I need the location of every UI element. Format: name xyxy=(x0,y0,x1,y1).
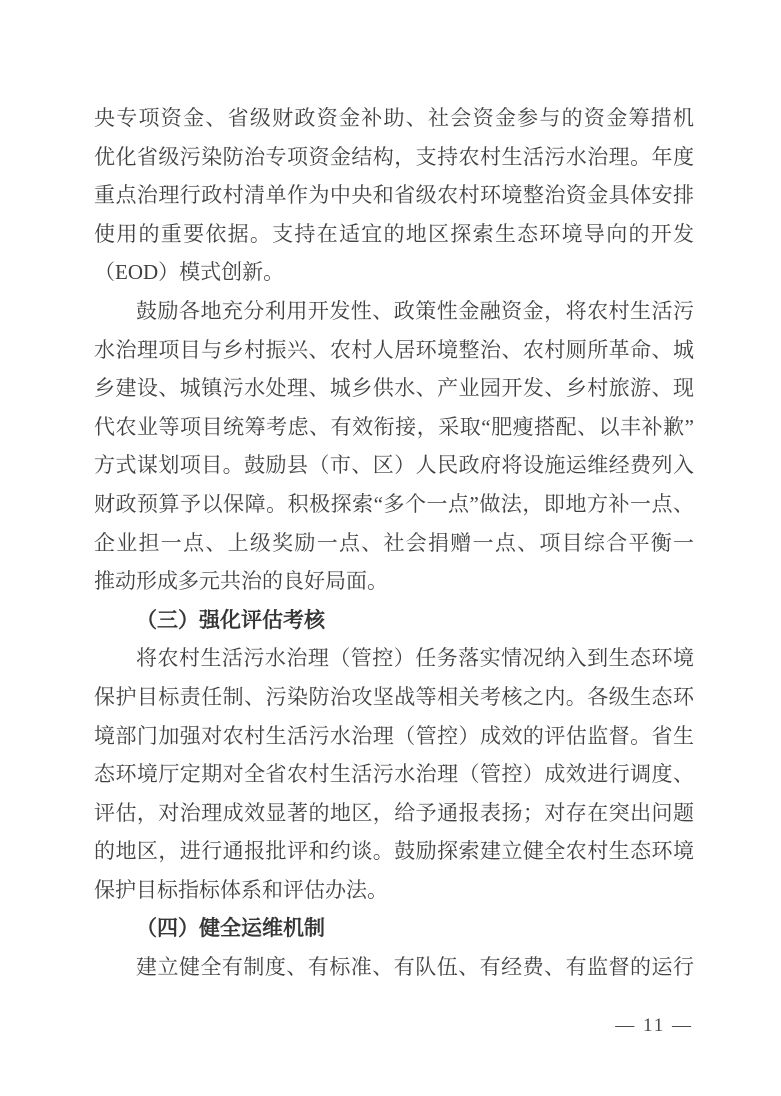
document-line: 使用的重要依据。支持在适宜的地区探索生态环境导向的开发 xyxy=(94,215,694,254)
document-line: 的地区，进行通报批评和约谈。鼓励探索建立健全农村生态环境 xyxy=(94,832,694,871)
document-line: 方式谋划项目。鼓励县（市、区）人民政府将设施运维经费列入 xyxy=(94,446,694,485)
document-line: 保护目标指标体系和评估办法。 xyxy=(94,871,694,910)
document-line: 水治理项目与乡村振兴、农村人居环境整治、农村厕所革命、城 xyxy=(94,331,694,370)
document-line: 重点治理行政村清单作为中央和省级农村环境整治资金具体安排 xyxy=(94,176,694,215)
document-line: 态环境厅定期对全省农村生活污水治理（管控）成效进行调度、 xyxy=(94,755,694,794)
document-line: 乡建设、城镇污水处理、城乡供水、产业园开发、乡村旅游、现 xyxy=(94,369,694,408)
document-line: 推动形成多元共治的良好局面。 xyxy=(94,562,694,601)
document-body: 央专项资金、省级财政资金补助、社会资金参与的资金筹措机制，优化省级污染防治专项资… xyxy=(94,99,694,987)
document-line: （EOD）模式创新。 xyxy=(94,253,694,292)
document-line: 境部门加强对农村生活污水治理（管控）成效的评估监督。省生 xyxy=(94,717,694,756)
document-line: 财政预算予以保障。积极探索“多个一点”做法，即地方补一点、 xyxy=(94,485,694,524)
document-line: 代农业等项目统筹考虑、有效衔接，采取“肥瘦搭配、以丰补歉” xyxy=(94,408,694,447)
document-line: 将农村生活污水治理（管控）任务落实情况纳入到生态环境 xyxy=(94,639,694,678)
document-line: 保护目标责任制、污染防治攻坚战等相关考核之内。各级生态环 xyxy=(94,678,694,717)
document-line: 企业担一点、上级奖励一点、社会捐赠一点、项目综合平衡一点， xyxy=(94,524,694,563)
document-line: 评估，对治理成效显著的地区，给予通报表扬；对存在突出问题 xyxy=(94,794,694,833)
document-line: 优化省级污染防治专项资金结构，支持农村生活污水治理。年度 xyxy=(94,138,694,177)
document-line: 建立健全有制度、有标准、有队伍、有经费、有监督的运行 xyxy=(94,948,694,987)
document-line: 鼓励各地充分利用开发性、政策性金融资金，将农村生活污 xyxy=(94,292,694,331)
section-heading: （三）强化评估考核 xyxy=(94,601,694,640)
section-heading: （四）健全运维机制 xyxy=(94,909,694,948)
page-number: — 11 — xyxy=(615,1012,693,1040)
document-page: 央专项资金、省级财政资金补助、社会资金参与的资金筹措机制，优化省级污染防治专项资… xyxy=(0,0,781,1096)
document-line: 央专项资金、省级财政资金补助、社会资金参与的资金筹措机制， xyxy=(94,99,694,138)
